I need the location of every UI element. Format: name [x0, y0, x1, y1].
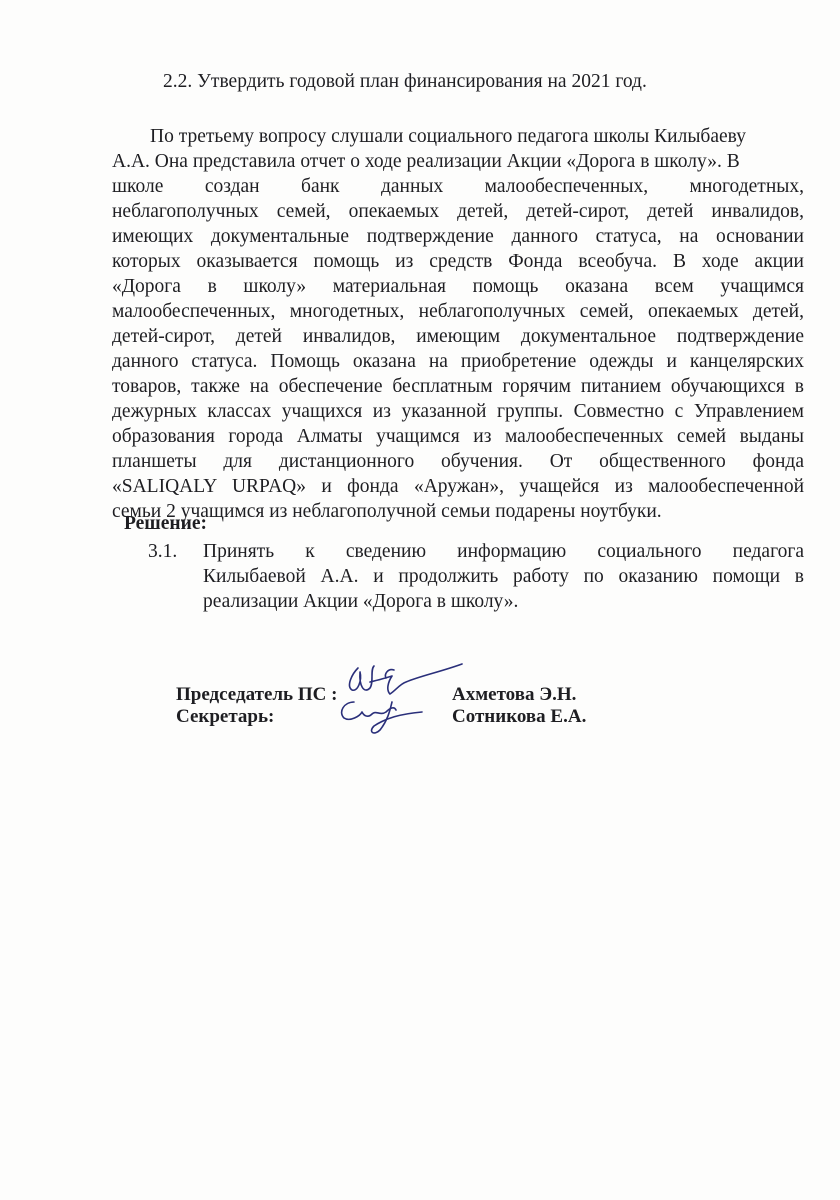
- paragraph-line: «Дорога в школу» материальная помощь ока…: [112, 275, 804, 299]
- paragraph-line: которых оказывается помощь из средств Фо…: [112, 250, 804, 274]
- secretary-name: Сотникова Е.А.: [452, 706, 586, 728]
- paragraph-line: образования города Алматы учащимся из ма…: [112, 425, 804, 449]
- paragraph-line: планшеты для дистанционного обучения. От…: [112, 450, 804, 474]
- document-page: 2.2. Утвердить годовой план финансирован…: [0, 0, 840, 1200]
- paragraph-line: данного статуса. Помощь оказана на приоб…: [112, 350, 804, 374]
- paragraph-line: «SALIQALY URPAQ» и фонда «Аружан», учаще…: [112, 475, 804, 499]
- paragraph-line: имеющих документальные подтверждение дан…: [112, 225, 804, 249]
- paragraph-line: детей-сирот, детей инвалидов, имеющим до…: [112, 325, 804, 349]
- paragraph-line: неблагополучных семей, опекаемых детей, …: [112, 200, 804, 224]
- decision-heading: Решение:: [124, 512, 207, 536]
- decision-item-number: 3.1.: [148, 540, 177, 564]
- decision-line: реализации Акции «Дорога в школу».: [203, 590, 804, 614]
- paragraph-line: товаров, также на обеспечение бесплатным…: [112, 375, 804, 399]
- paragraph-line: По третьему вопросу слушали социального …: [150, 125, 804, 149]
- paragraph-line: А.А. Она представила отчет о ходе реализ…: [112, 150, 804, 174]
- handwritten-signature-icon: [330, 660, 470, 740]
- chair-label: Председатель ПС :: [176, 684, 337, 706]
- secretary-label: Секретарь:: [176, 706, 274, 728]
- chair-name: Ахметова Э.Н.: [452, 684, 576, 706]
- paragraph-line: семьи 2 учащимся из неблагополучной семь…: [112, 500, 804, 524]
- paragraph-line: малообеспеченных, многодетных, неблагопо…: [112, 300, 804, 324]
- paragraph-line: школе создан банк данных малообеспеченны…: [112, 175, 804, 199]
- decision-line: Принять к сведению информацию социальног…: [203, 540, 804, 564]
- decision-line: Килыбаевой А.А. и продолжить работу по о…: [203, 565, 804, 589]
- item-2-2: 2.2. Утвердить годовой план финансирован…: [163, 70, 647, 94]
- paragraph-line: дежурных классах учащихся из указанной г…: [112, 400, 804, 424]
